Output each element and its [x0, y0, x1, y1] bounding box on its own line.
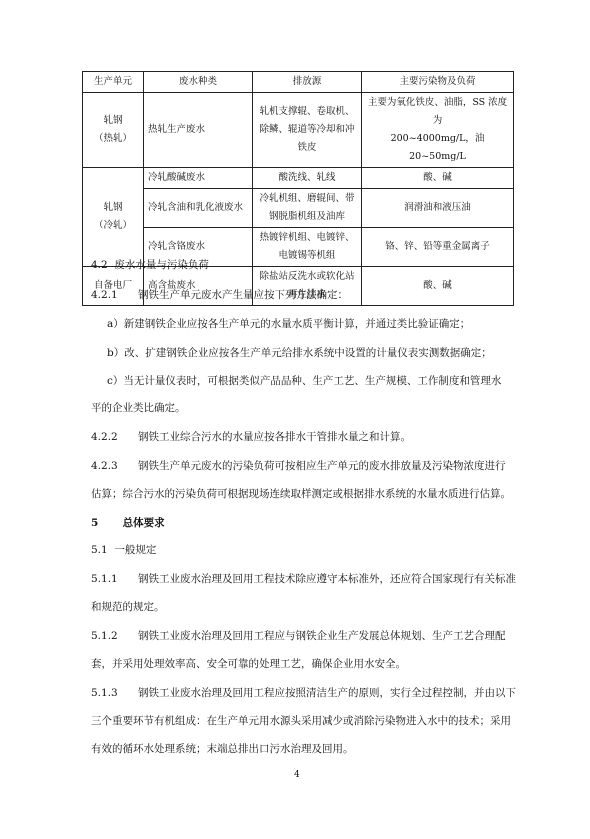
source-line: 钢脱脂机组及油库: [257, 208, 357, 226]
section-title: 总体要求: [123, 517, 165, 529]
unit-line: （冷轧）: [87, 217, 139, 235]
table-header-row: 生产单元 废水种类 排放源 主要污染物及负荷: [83, 72, 514, 93]
header-type: 废水种类: [144, 72, 253, 93]
cell-unit: 轧钢 （热轧）: [83, 93, 144, 168]
clause-number: 4.2.3: [91, 460, 138, 472]
source-line: 热镀锌机组、电镀锌、: [257, 229, 357, 247]
clause-5-1-3-cont1: 三个重要环节有机组成：在生产单元用水源头采用减少或消除污染物进入水中的技术；采用: [91, 713, 511, 728]
clause-4-2-3-cont: 估算；综合污水的污染负荷可根据现场连续取样测定或根据排水系统的水量水质进行估算。: [91, 486, 511, 501]
clause-5-1-1-cont: 和规范的规定。: [91, 599, 511, 614]
clause-5-1-2: 5.1.2钢铁工业废水治理及回用工程应与钢铁企业生产发展总体规划、生产工艺合理配: [91, 628, 511, 643]
heading-5-1: 5.1 一般规定: [91, 542, 511, 557]
table-row: 轧钢 （热轧） 热轧生产废水 轧机支撑辊、卷取机、 除鳞、辊道等冷却和冲 铁皮 …: [83, 93, 514, 168]
clause-number: 5.1.3: [91, 687, 138, 699]
clause-text: 钢铁工业废水治理及回用工程应按照清洁生产的原则，实行全过程控制，并由以下: [138, 687, 516, 699]
clause-number: 4.2.2: [91, 431, 138, 443]
header-pollutants: 主要污染物及负荷: [362, 72, 514, 93]
clause-text: 钢铁工业废水治理及回用工程应与钢铁企业生产发展总体规划、生产工艺合理配: [138, 630, 506, 642]
clause-4-2-1: 4.2.1钢铁生产单元废水产生量应按下列方法确定：: [91, 287, 511, 302]
cell-unit: 轧钢 （冷轧）: [83, 168, 144, 267]
clause-text: 钢铁生产单元废水产生量应按下列方法确定：: [138, 289, 348, 301]
table-row: 轧钢 （冷轧） 冷轧酸碱废水 酸洗线、轧线 酸、碱: [83, 168, 514, 189]
header-source: 排放源: [253, 72, 362, 93]
heading-5: 5 总体要求: [91, 515, 511, 530]
pollutant-line: 200~4000mg/L，油 20~50mg/L: [366, 130, 509, 166]
clause-text: 钢铁工业综合污水的水量应按各排水干管排水量之和计算。: [138, 431, 411, 443]
cell-source: 冷轧机组、磨辊间、带 钢脱脂机组及油库: [253, 189, 362, 228]
cell-pollutants: 酸、碱: [362, 168, 514, 189]
cell-type: 冷轧酸碱废水: [144, 168, 253, 189]
header-unit: 生产单元: [83, 72, 144, 93]
clause-4-2-2: 4.2.2钢铁工业综合污水的水量应按各排水干管排水量之和计算。: [91, 429, 511, 444]
pollutant-line: 主要为氧化铁皮、油脂，SS 浓度为: [366, 94, 509, 130]
section-number: 5: [91, 517, 105, 529]
item-c-line2: 平的企业类比确定。: [91, 400, 511, 415]
section-number: 5.1: [91, 544, 105, 556]
cell-type: 热轧生产废水: [144, 93, 253, 168]
clause-text: 钢铁生产单元废水的污染负荷可按相应生产单元的废水排放量及污染物浓度进行: [138, 460, 506, 472]
source-line: 冷轧机组、磨辊间、带: [257, 190, 357, 208]
clause-text: 钢铁工业废水治理及回用工程技术除应遵守本标准外，还应符合国家现行有关标准: [138, 573, 516, 585]
page-number: 4: [294, 770, 300, 780]
clause-5-1-3: 5.1.3钢铁工业废水治理及回用工程应按照清洁生产的原则，实行全过程控制，并由以…: [91, 685, 511, 700]
cell-source: 酸洗线、轧线: [253, 168, 362, 189]
section-title: 一般规定: [114, 544, 156, 556]
cell-pollutants: 主要为氧化铁皮、油脂，SS 浓度为 200~4000mg/L，油 20~50mg…: [362, 93, 514, 168]
cell-type: 冷轧含油和乳化液废水: [144, 189, 253, 228]
unit-line: 轧钢: [87, 199, 139, 217]
item-b: b）改、扩建钢铁企业应按各生产单元给排水系统中设置的计量仪表实测数据确定；: [107, 345, 527, 360]
unit-line: （热轧）: [87, 130, 139, 148]
clause-4-2-3: 4.2.3钢铁生产单元废水的污染负荷可按相应生产单元的废水排放量及污染物浓度进行: [91, 458, 511, 473]
clause-number: 4.2.1: [91, 289, 138, 301]
source-line: 铁皮: [257, 139, 357, 157]
item-a: a）新建钢铁企业应按各生产单元的水量水质平衡计算，并通过类比验证确定；: [107, 316, 527, 331]
heading-4-2: 4.2 废水水量与污染负荷: [91, 257, 511, 272]
clause-5-1-3-cont2: 有效的循环水处理系统；末端总排出口污水治理及回用。: [91, 741, 511, 756]
clause-5-1-2-cont: 套，并采用处理效率高、安全可靠的处理工艺，确保企业用水安全。: [91, 656, 511, 671]
item-c-line1: c）当无计量仪表时，可根据类似产品品种、生产工艺、生产规模、工作制度和管理水: [107, 373, 527, 388]
unit-line: 轧钢: [87, 112, 139, 130]
cell-source: 轧机支撑辊、卷取机、 除鳞、辊道等冷却和冲 铁皮: [253, 93, 362, 168]
table-row: 冷轧含油和乳化液废水 冷轧机组、磨辊间、带 钢脱脂机组及油库 润滑油和液压油: [83, 189, 514, 228]
clause-number: 5.1.1: [91, 573, 138, 585]
section-number: 4.2: [91, 259, 105, 271]
document-page: 生产单元 废水种类 排放源 主要污染物及负荷 轧钢 （热轧） 热轧生产废水 轧机…: [0, 0, 590, 839]
source-line: 轧机支撑辊、卷取机、: [257, 103, 357, 121]
clause-5-1-1: 5.1.1钢铁工业废水治理及回用工程技术除应遵守本标准外，还应符合国家现行有关标…: [91, 571, 511, 586]
cell-pollutants: 润滑油和液压油: [362, 189, 514, 228]
clause-number: 5.1.2: [91, 630, 138, 642]
source-line: 除鳞、辊道等冷却和冲: [257, 121, 357, 139]
section-title: 废水水量与污染负荷: [114, 259, 209, 271]
